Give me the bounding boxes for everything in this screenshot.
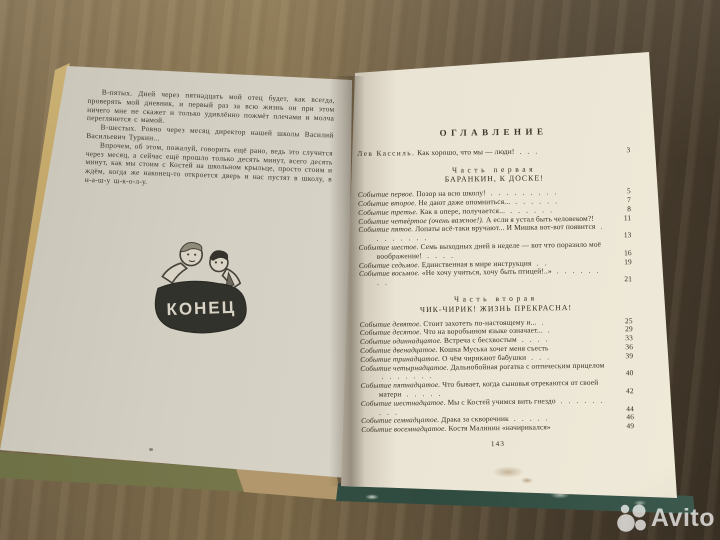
dot-leader: . . . <box>519 146 537 155</box>
toc-entry-author: Лев Кассиль. <box>357 148 415 158</box>
page-stain <box>518 476 536 485</box>
toc-entry: Событие восемнадцатое. Костя Малинин «на… <box>361 422 634 435</box>
page-speck <box>149 448 153 451</box>
toc-entry-page: 13 <box>624 231 632 240</box>
toc-entry-label: Событие восемнадцатое. <box>361 424 446 434</box>
toc-entry-page: 3 <box>626 146 630 155</box>
the-end-stamp-text: КОНЕЦ <box>166 298 236 319</box>
toc-entry-page: 49 <box>626 422 634 431</box>
toc-entry-label: Событие шестнадцатое. <box>361 398 446 408</box>
dot-leader: . <box>548 326 550 335</box>
toc-entry: Лев Кассиль. Как хорошо, что мы — люди! … <box>357 146 630 159</box>
toc-entry-page: 19 <box>624 258 632 267</box>
avito-watermark-text: Avito <box>651 506 715 531</box>
left-page-text: В-пятых. Дней через пятнадцать мой отец … <box>85 88 335 193</box>
toc-entry-title: Мы с Костей учимся вить гнездо <box>447 396 555 407</box>
toc-entry-title: Дальнобойная рогатка с оптическим прицел… <box>451 360 605 371</box>
toc-entry-title: Лопаты всё-таки вручают... И Мишка вот-в… <box>415 222 595 234</box>
table-of-contents: ОГЛАВЛЕНИЕ Лев Кассиль. Как хорошо, что … <box>357 126 634 450</box>
toc-entry-page: 40 <box>626 369 634 378</box>
book-photo: В-пятых. Дней через пятнадцать мой отец … <box>0 0 720 540</box>
toc-entry-label: Событие восьмое. <box>359 268 420 278</box>
toc-entry-page: 39 <box>625 352 633 361</box>
toc-entry-title: Как хорошо, что мы — люди! <box>417 147 514 157</box>
toc-entry-page: 42 <box>626 387 634 396</box>
toc-entry-page: 11 <box>624 214 632 223</box>
avito-logo-icon <box>616 502 648 534</box>
toc-entry-title: «Не хочу учиться, хочу быть птицей!..» <box>422 267 552 278</box>
paragraph: Впрочем, об этом, пожалуй, говорить ещё … <box>85 141 333 194</box>
toc-entry-title: Костя Малинин «начирикался» <box>448 422 550 432</box>
two-boys-drawing-icon: КОНЕЦ <box>140 236 267 340</box>
dot-leader: . <box>542 317 544 326</box>
toc-entry: Событие восьмое. «Не хочу учиться, хочу … <box>359 267 632 288</box>
toc-entry-page: 21 <box>624 275 632 284</box>
avito-watermark: Avito <box>616 502 715 534</box>
the-end-illustration: КОНЕЦ <box>140 236 267 340</box>
dot-leader: . . <box>536 258 546 267</box>
